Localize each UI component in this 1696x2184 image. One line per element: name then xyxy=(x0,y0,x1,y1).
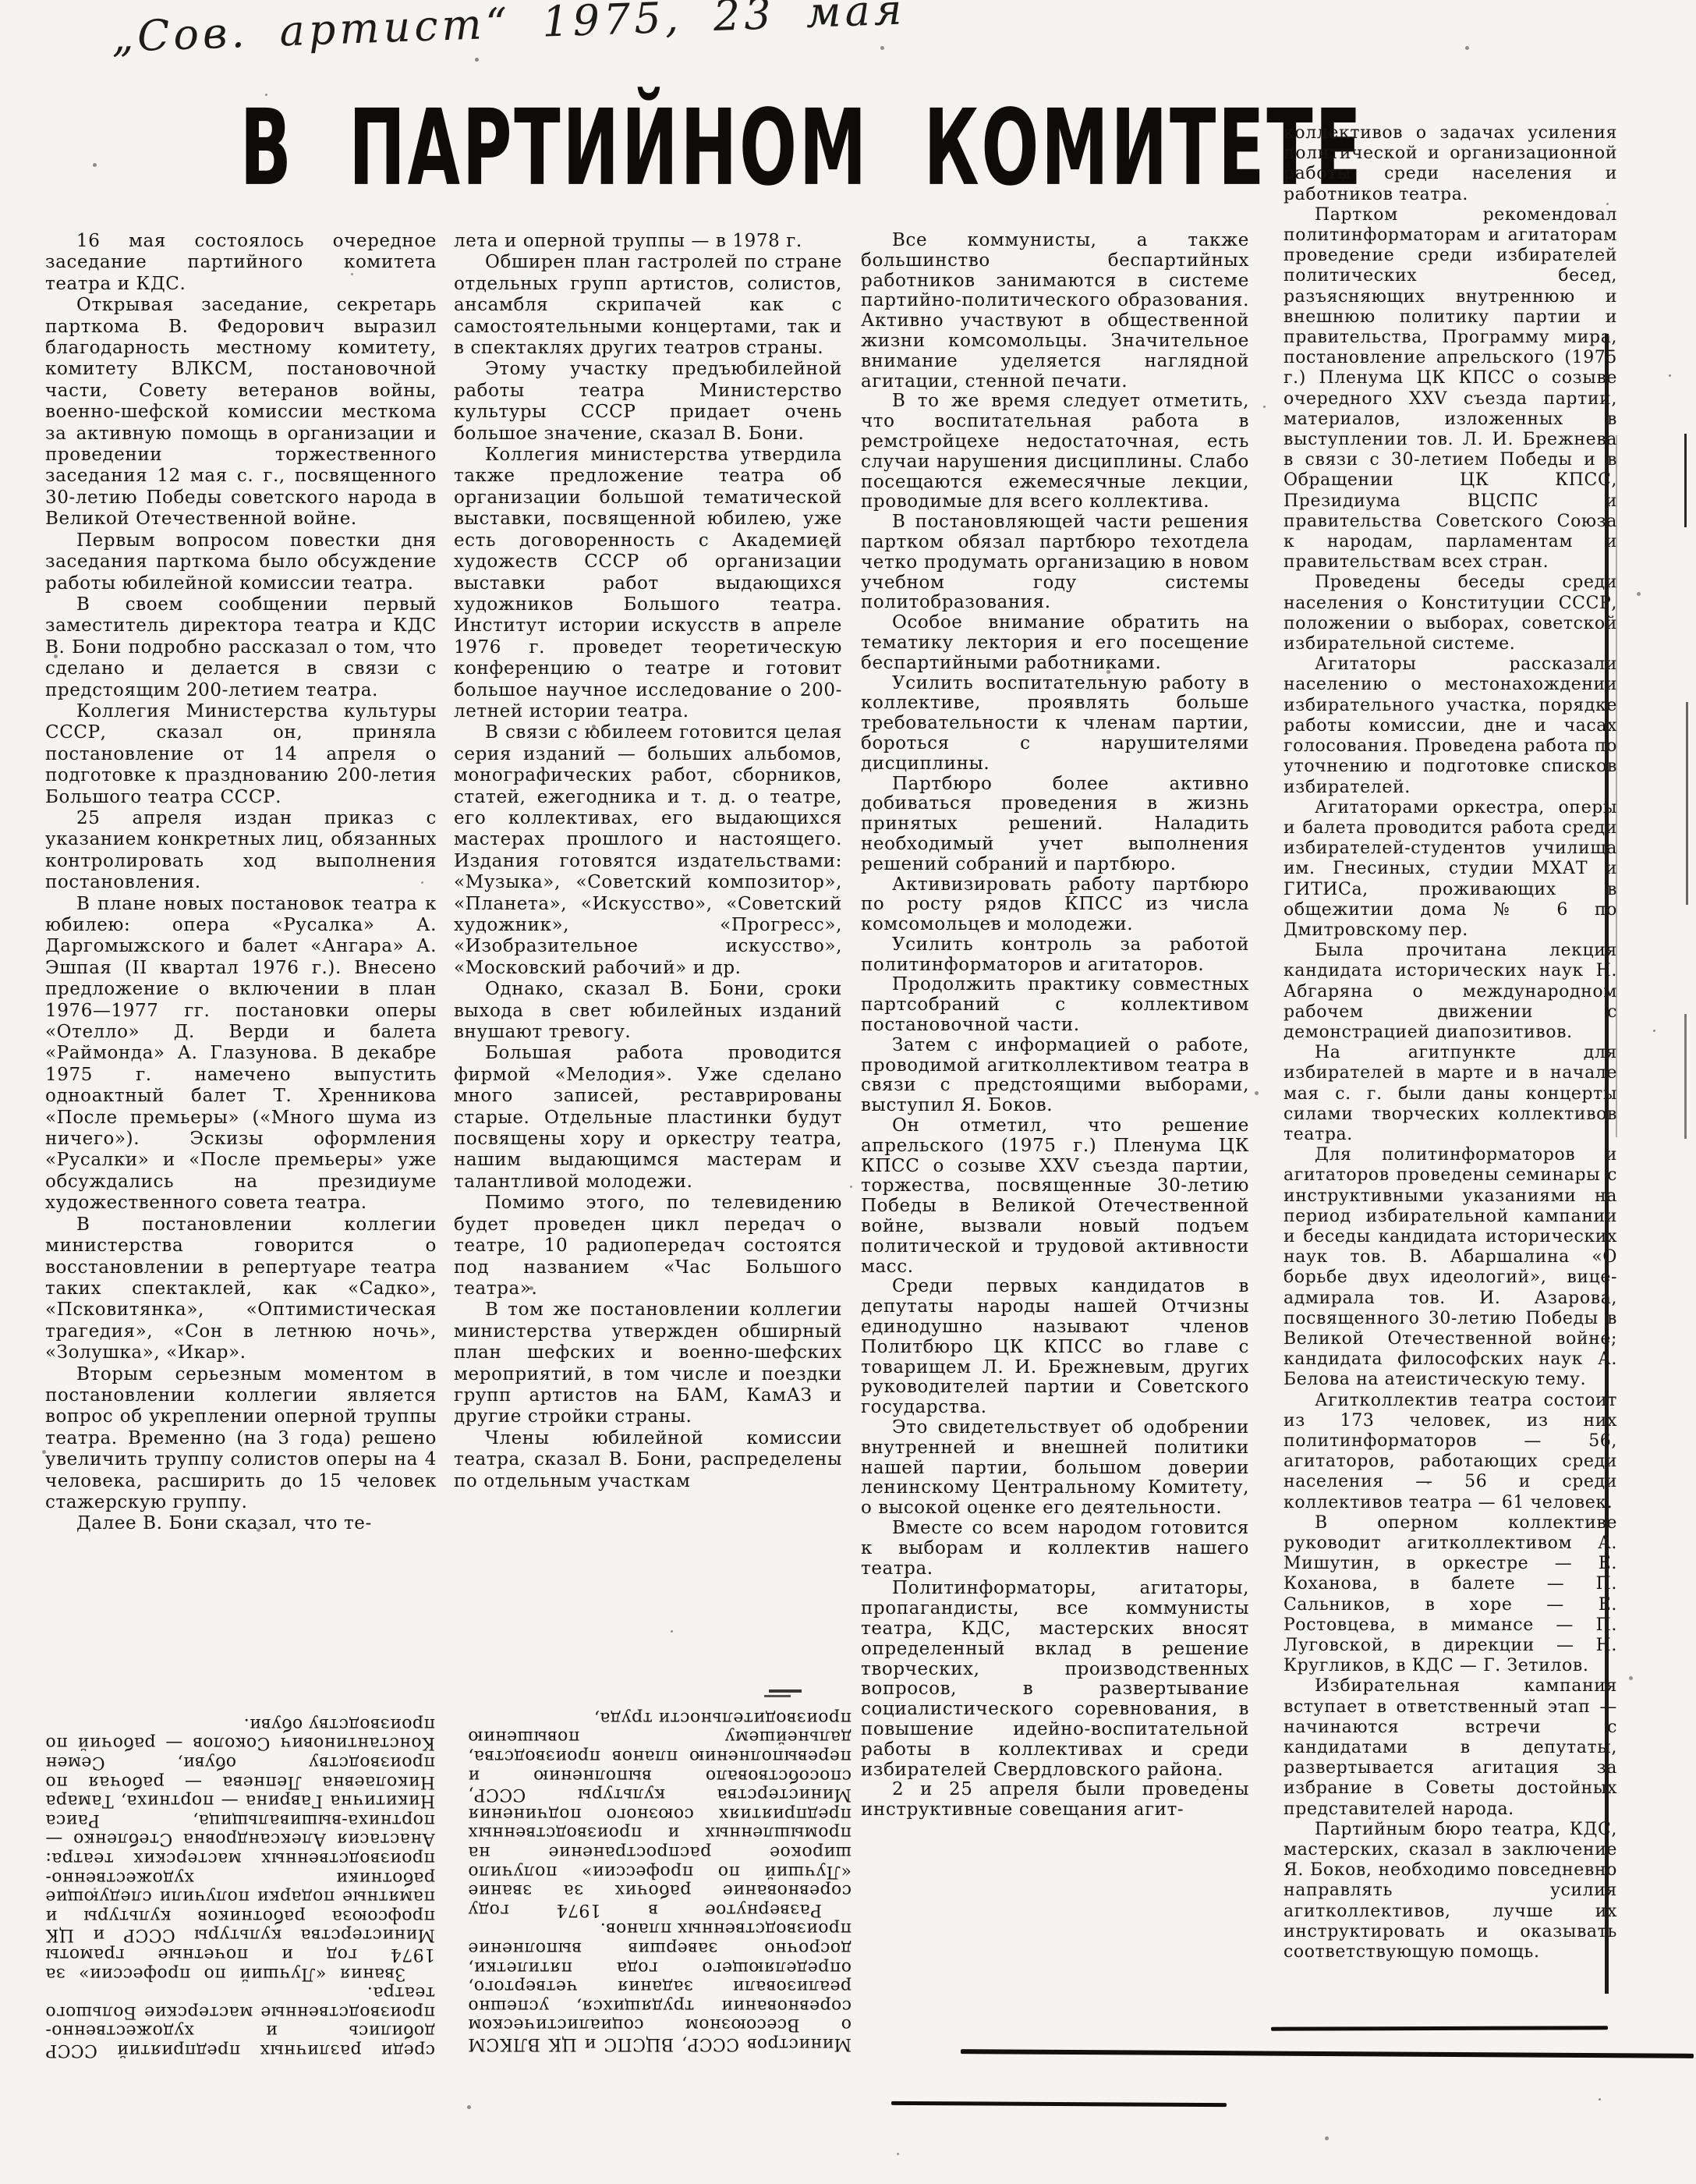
paragraph: Проведены беседы среди населения о Конст… xyxy=(1284,573,1617,654)
paragraph: Агитаторами оркестра, оперы и балета про… xyxy=(1284,798,1617,941)
paragraph: 25 апреля издан приказ с указанием конкр… xyxy=(45,808,437,894)
paragraph: В то же время следует отметить, что восп… xyxy=(861,392,1249,512)
paragraph: Коллегия Министерства культуры СССР, ска… xyxy=(45,701,437,808)
paragraph: Этому участку предъюбилейной работы теат… xyxy=(454,359,842,445)
paragraph: В оперном коллективе руководит агитколле… xyxy=(1284,1513,1617,1677)
right-column-vertical-rule xyxy=(1605,334,1609,1994)
paragraph: Политинформаторы, агитаторы, пропагандис… xyxy=(861,1579,1249,1780)
paragraph: Первым вопросом повестки дня заседания п… xyxy=(45,530,437,594)
paragraph: В связи с юбилеем готовится целая серия … xyxy=(454,722,842,979)
paragraph: Вместе со всем народом готовится к выбор… xyxy=(861,1519,1249,1579)
column-end-dash-mark xyxy=(769,1689,802,1693)
paragraph: Звания «Лучший по профессии» за 1974 год… xyxy=(45,1714,435,1982)
paragraph: Однако, сказал В. Бони, сроки выхода в с… xyxy=(454,979,842,1043)
paragraph: Среди первых кандидатов в депутаты народ… xyxy=(861,1277,1249,1418)
paragraph: Агитаторы рассказали населению о местона… xyxy=(1284,654,1617,797)
paragraph: Коллегия министерства утвердила также пр… xyxy=(454,445,842,722)
scan-edge-mark xyxy=(1684,1014,1687,1139)
paragraph: Партком рекомендовал политинформаторам и… xyxy=(1284,205,1617,573)
paragraph: Усилить контроль за работой политинформа… xyxy=(861,935,1249,976)
article-column-3: Все коммунисты, а также большинство бесп… xyxy=(861,231,1249,2026)
paragraph: В том же постановлении коллегии министер… xyxy=(454,1299,842,1427)
paragraph: Партийным бюро театра, КДС, мастерских, … xyxy=(1284,1820,1617,1962)
article-column-4: коллективов о задачах усиления политичес… xyxy=(1284,123,1617,2017)
paragraph: Помимо этого, по телевидению будет прове… xyxy=(454,1193,842,1299)
paragraph: среди различных предприятий СССР добилис… xyxy=(45,1983,435,2059)
paragraph: Большая работа проводится фирмой «Мелоди… xyxy=(454,1043,842,1193)
paragraph: Продолжить практику совместных партсобра… xyxy=(861,975,1249,1035)
paragraph: Все коммунисты, а также большинство бесп… xyxy=(861,231,1249,392)
paragraph: В постановляющей части решения партком о… xyxy=(861,512,1249,613)
paragraph: Затем с информацией о работе, проводимой… xyxy=(861,1036,1249,1116)
paragraph: Вторым серьезным моментом в постановлени… xyxy=(45,1364,437,1514)
paragraph: лета и оперной труппы — в 1978 г. xyxy=(454,231,842,252)
bottom-scan-line-2 xyxy=(961,2049,1694,2058)
scan-noise-speckles xyxy=(0,0,2,2)
paragraph: В постановлении коллегии министерства го… xyxy=(45,1214,437,1364)
article-column-2: лета и оперной труппы — в 1978 г.Обширен… xyxy=(454,231,842,1686)
paragraph: Активизировать работу партбюро по росту … xyxy=(861,875,1249,935)
article-column-1: 16 мая состоялось очередное заседание па… xyxy=(45,231,437,1647)
paragraph: Партбюро более активно добиваться провед… xyxy=(861,775,1249,875)
paragraph: Министров СССР, ВЦСПС и ЦК ВЛКСМ о Всесо… xyxy=(468,1919,852,2053)
paragraph: Далее В. Бони сказал, что те- xyxy=(45,1513,437,1534)
paragraph: коллективов о задачах усиления политичес… xyxy=(1284,123,1617,205)
article-headline: В ПАРТИЙНОМ КОМИТЕТЕ xyxy=(240,87,1068,209)
paragraph: Была прочитана лекция кандидата историче… xyxy=(1284,941,1617,1043)
paragraph: Агитколлектив театра состоит из 173 чело… xyxy=(1284,1391,1617,1513)
paragraph: 2 и 25 апреля были проведены инструктивн… xyxy=(861,1780,1249,1821)
paragraph: Это свидетельствует об одобрении внутрен… xyxy=(861,1418,1249,1519)
paragraph: 16 мая состоялось очередное заседание па… xyxy=(45,231,437,295)
paragraph: Развернутое в 1974 году соревнование раб… xyxy=(468,1707,852,1919)
paragraph: Особое внимание обратить на тематику лек… xyxy=(861,613,1249,673)
paragraph: Обширен план гастролей по стране отдельн… xyxy=(454,252,842,359)
bottom-scan-line-1 xyxy=(1271,2026,1608,2031)
paragraph: Избирательная кампания вступает в ответс… xyxy=(1284,1676,1617,1819)
inverted-fragment-left-column: среди различных предприятий СССР добилис… xyxy=(45,1700,435,2059)
inverted-fragment-right-column: Министров СССР, ВЦСПС и ЦК ВЛКСМ о Всесо… xyxy=(468,1700,852,2053)
paragraph: В своем сообщении первый заместитель дир… xyxy=(45,594,437,701)
paragraph: Открывая заседание, секретарь парткома В… xyxy=(45,295,437,530)
scan-edge-mark xyxy=(1684,434,1687,527)
newspaper-scan-page: „Сов. артист“ 1975, 23 мая В ПАРТИЙНОМ К… xyxy=(0,0,1696,2184)
bottom-scan-line-3 xyxy=(891,2101,1227,2107)
handwritten-annotation: „Сов. артист“ 1975, 23 мая xyxy=(111,0,892,62)
paragraph: Члены юбилейной комиссии театра, сказал … xyxy=(454,1428,842,1492)
paragraph: Для политинформаторов и агитаторов прове… xyxy=(1284,1145,1617,1390)
paragraph: Он отметил, что решение апрельского (197… xyxy=(861,1116,1249,1277)
paragraph: На агитпункте для избирателей в марте и … xyxy=(1284,1043,1617,1145)
scan-edge-mark xyxy=(1686,702,1688,905)
paragraph: В плане новых постановок театра к юбилею… xyxy=(45,894,437,1214)
paragraph: Усилить воспитательную работу в коллекти… xyxy=(861,674,1249,775)
